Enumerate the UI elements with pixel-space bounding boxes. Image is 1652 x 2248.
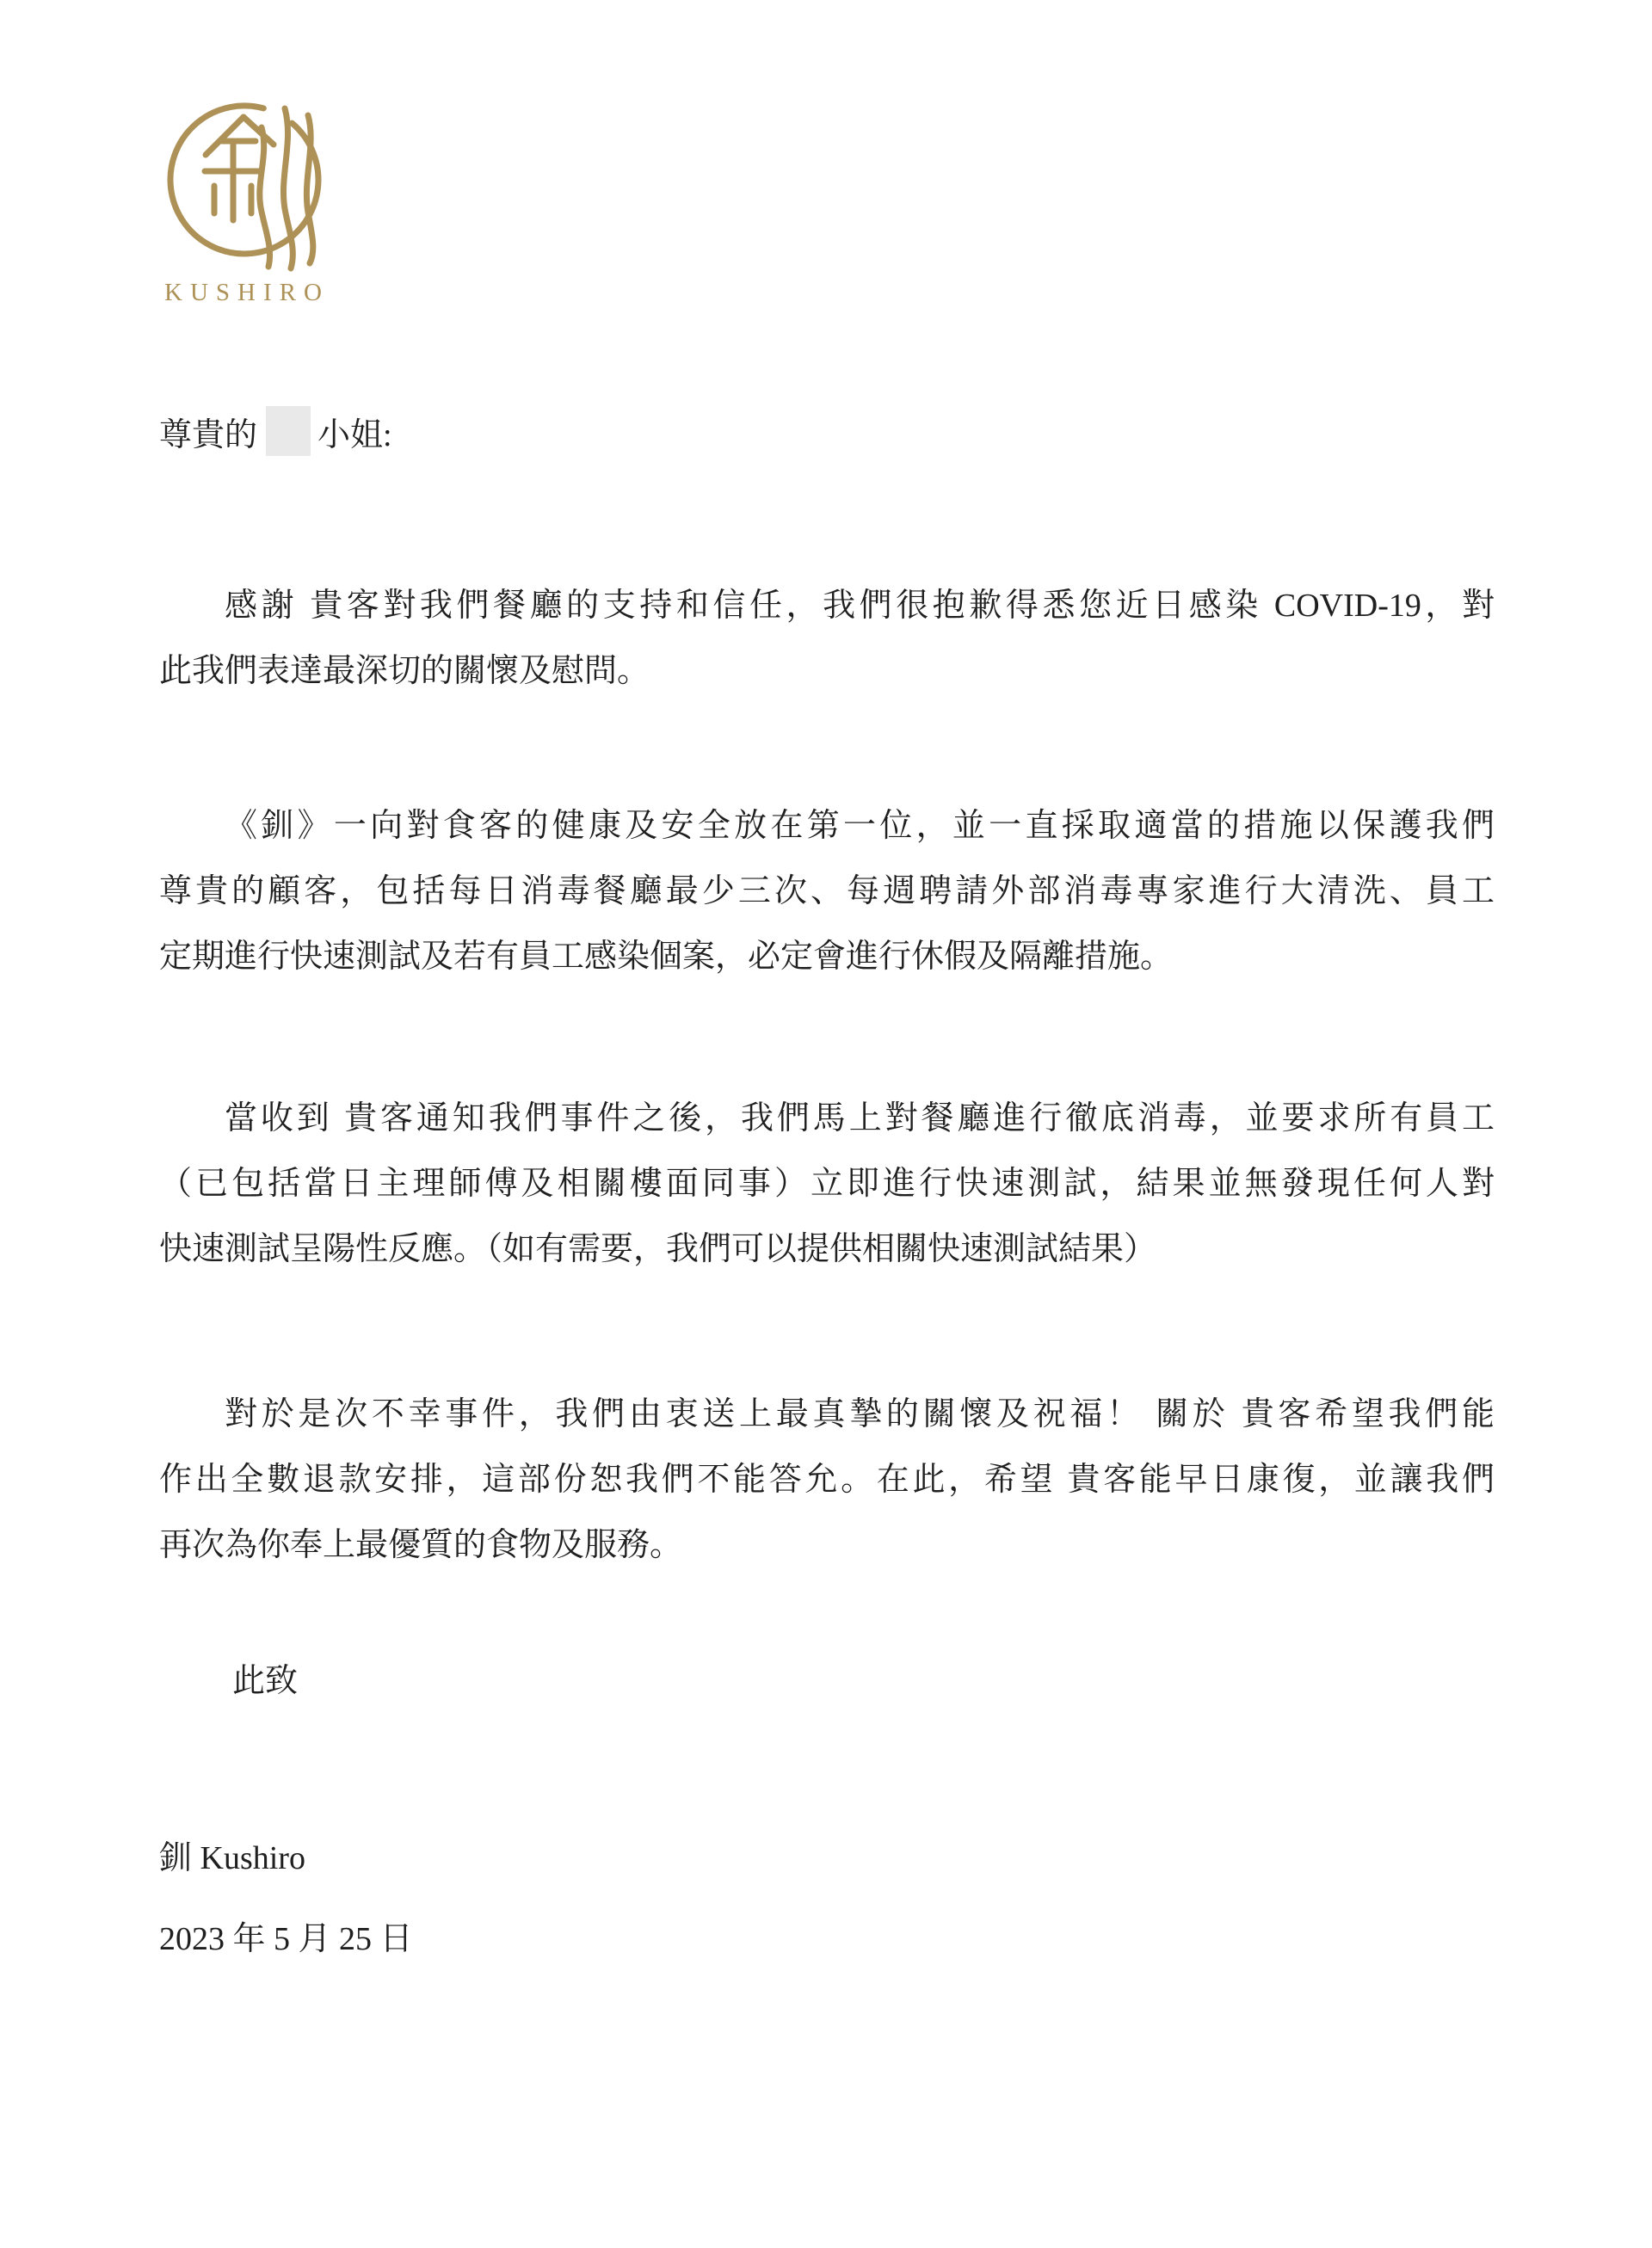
letter-page: KUSHIRO 尊貴的小姐: 感謝 貴客對我們餐廳的支持和信任，我們很抱歉得悉您…	[0, 0, 1652, 2248]
salutation-suffix: 小姐:	[317, 417, 392, 453]
redacted-name-box	[266, 406, 311, 456]
signature: 釧 Kushiro	[159, 1826, 1495, 1891]
paragraph-line: （已包括當日主理師傅及相關樓面同事）立即進行快速測試，結果並無發現任何人對	[159, 1151, 1495, 1216]
paragraph-line: 尊貴的顧客，包括每日消毒餐廳最少三次、每週聘請外部消毒專家進行大清洗、員工	[159, 859, 1495, 924]
paragraph-line: 再次為你奉上最優質的食物及服務。	[159, 1512, 1495, 1578]
paragraph-line: 當收到 貴客通知我們事件之後，我們馬上對餐廳進行徹底消毒，並要求所有員工	[159, 1086, 1495, 1151]
salutation-line: 尊貴的小姐:	[159, 403, 1495, 468]
paragraph-3: 當收到 貴客通知我們事件之後，我們馬上對餐廳進行徹底消毒，並要求所有員工 （已包…	[159, 1086, 1495, 1282]
paragraph-line: 快速測試呈陽性反應。（如有需要，我們可以提供相關快速測試結果）	[159, 1216, 1495, 1282]
paragraph-line: 此我們表達最深切的關懷及慰問。	[159, 638, 1495, 704]
paragraph-line: 定期進行快速測試及若有員工感染個案，必定會進行休假及隔離措施。	[159, 924, 1495, 989]
paragraph-1: 感謝 貴客對我們餐廳的支持和信任，我們很抱歉得悉您近日感染 COVID-19，對…	[159, 573, 1495, 704]
restaurant-logo: KUSHIRO	[157, 91, 336, 307]
paragraph-4: 對於是次不幸事件，我們由衷送上最真摯的關懷及祝福！ 關於 貴客希望我們能 作出全…	[159, 1382, 1495, 1578]
date-line: 2023 年 5 月 25 日	[159, 1906, 1495, 1972]
kushiro-emblem-icon	[161, 91, 333, 274]
closing-phrase: 此致	[159, 1648, 1568, 1714]
brand-wordmark: KUSHIRO	[157, 279, 336, 307]
salutation-prefix: 尊貴的	[159, 417, 257, 453]
paragraph-line: 作出全數退款安排，這部份恕我們不能答允。在此，希望 貴客能早日康復，並讓我們	[159, 1447, 1495, 1512]
paragraph-2: 《釧》一向對食客的健康及安全放在第一位，並一直採取適當的措施以保護我們 尊貴的顧…	[159, 793, 1495, 989]
paragraph-line: 對於是次不幸事件，我們由衷送上最真摯的關懷及祝福！ 關於 貴客希望我們能	[159, 1382, 1495, 1447]
paragraph-line: 感謝 貴客對我們餐廳的支持和信任，我們很抱歉得悉您近日感染 COVID-19，對	[159, 573, 1495, 638]
paragraph-line: 《釧》一向對食客的健康及安全放在第一位，並一直採取適當的措施以保護我們	[159, 793, 1495, 859]
